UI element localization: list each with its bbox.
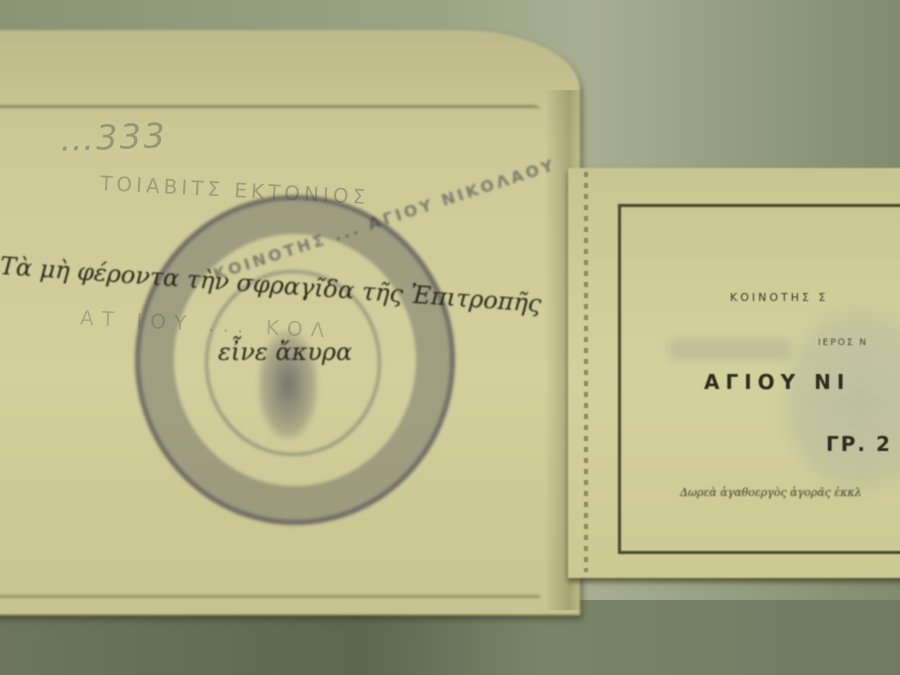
ticket-perforation xyxy=(584,172,588,572)
ticket-community-line: ΚΟΙΝΟΤΗΣ Σ xyxy=(730,291,828,304)
ticket-ink-smear xyxy=(670,340,790,360)
ticket-church-line: ΙΕΡΟΣ Ν xyxy=(818,338,868,348)
stub-top-rule xyxy=(0,105,540,108)
stub-bottom-rule xyxy=(0,595,540,598)
stub-validity-note-line-2: εἶνε ἄκυρα xyxy=(218,338,352,366)
stub-serial-number: …333 xyxy=(59,116,167,160)
ticket-saint-name: ΑΓΙΟΥ ΝΙ xyxy=(704,370,850,394)
ticket-price: ΓΡ. 2 xyxy=(826,432,892,456)
ticket-footer-text: Δωρεὰ ἀγαθοεργὸς ἀγορᾶς ἐκκλ xyxy=(680,486,862,499)
